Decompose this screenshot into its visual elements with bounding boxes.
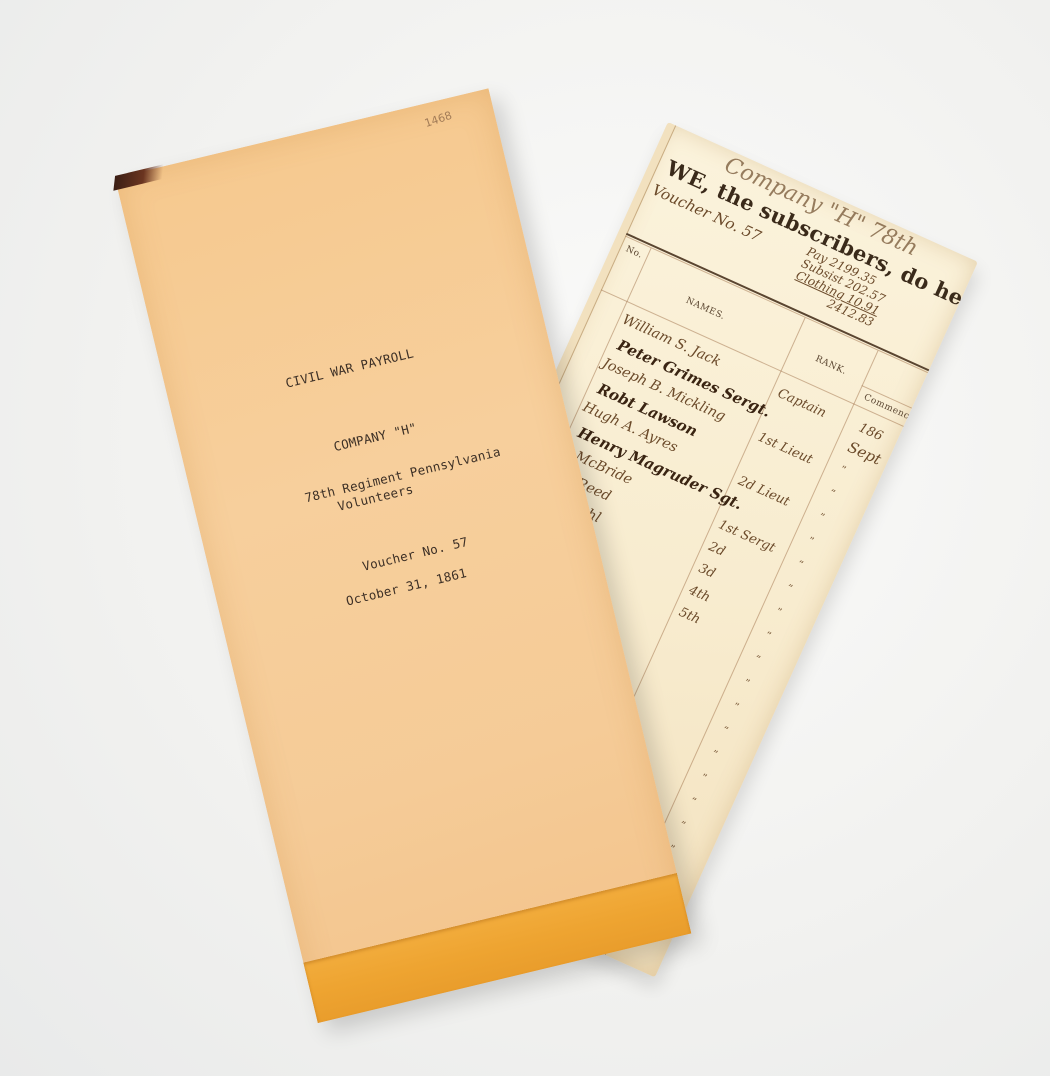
- ditto-mark: ”: [731, 701, 740, 713]
- ditto-mark: ”: [742, 677, 751, 689]
- ditto-mark: ”: [710, 749, 719, 761]
- ledger-entry-rank: 4th: [686, 583, 712, 606]
- pencil-catalog-number: 1468: [423, 109, 454, 130]
- ditto-mark: ”: [817, 512, 826, 524]
- ditto-mark: ”: [827, 488, 836, 500]
- column-header-no: No.: [624, 244, 644, 260]
- ditto-mark: ”: [838, 464, 847, 476]
- ditto-mark: ”: [678, 820, 687, 832]
- column-header-rank: RANK.: [814, 354, 848, 377]
- ledger-entry-rank: Captain: [775, 386, 828, 421]
- ditto-mark: ”: [699, 772, 708, 784]
- ditto-mark: ”: [795, 559, 804, 571]
- column-header-names: NAMES.: [684, 296, 726, 322]
- ditto-mark: ”: [785, 583, 794, 595]
- ledger-entry-rank: 2d: [706, 539, 727, 559]
- ledger-entry-rank: 2d Lieut: [736, 474, 792, 510]
- ditto-mark: ”: [774, 606, 783, 618]
- ditto-mark: ”: [806, 535, 815, 547]
- ditto-mark: ”: [688, 796, 697, 808]
- ledger-entry-rank: 1st Lieut: [755, 430, 814, 468]
- ditto-mark: ”: [753, 654, 762, 666]
- ditto-mark: ”: [720, 725, 729, 737]
- photo-scene: Company "H" 78th WE, the subscribers, do…: [0, 0, 1050, 1076]
- ledger-entry-rank: 3d: [696, 561, 717, 581]
- ledger-entry-rank: 5th: [676, 605, 702, 628]
- ditto-mark: ”: [763, 630, 772, 642]
